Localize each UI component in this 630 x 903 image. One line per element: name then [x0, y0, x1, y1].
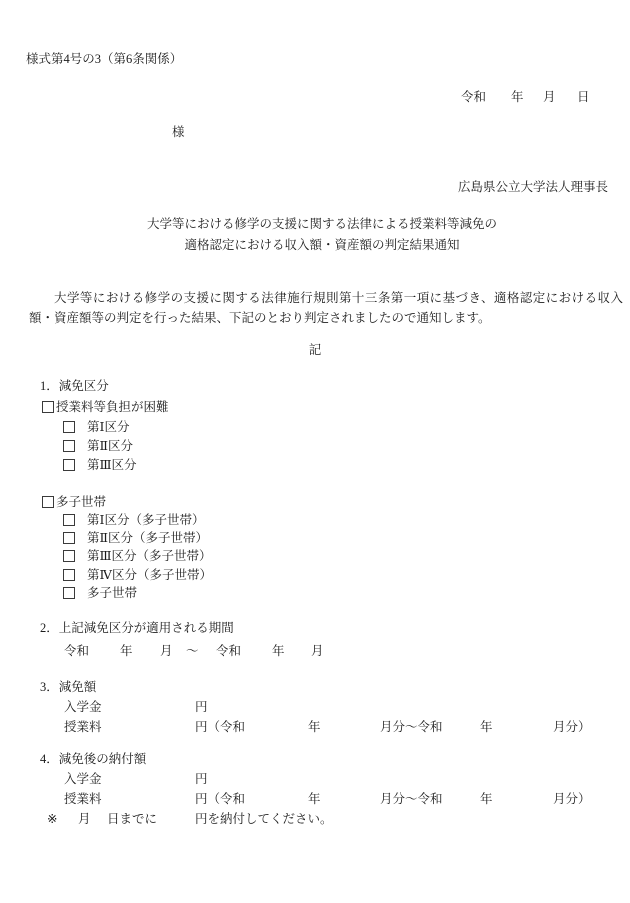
admission-label: 入学金 [64, 700, 102, 714]
tuition-month-range: 月分～令和 [380, 720, 443, 734]
note-month-label: 月 [78, 812, 91, 826]
form-number-line: 様式第4号の3（第6条関係） [0, 52, 630, 68]
checkbox-item-bracket3: 第Ⅲ区分 [0, 458, 630, 474]
checkbox-icon[interactable] [42, 401, 54, 413]
issuer-name: 広島県公立大学法人理事長 [458, 180, 608, 194]
issue-date-era: 令和 [461, 90, 486, 104]
note-day-by-label: 日までに [107, 812, 157, 826]
group-label: 多子世帯 [56, 495, 106, 509]
checkbox-item-bracket1: 第Ⅰ区分 [0, 420, 630, 436]
checkbox-item-multichild3: 第Ⅲ区分（多子世帯） [0, 549, 630, 565]
tuition-month-close: 月分） [553, 792, 591, 806]
tuition-year2: 年 [480, 720, 493, 734]
period-year2: 年 [272, 644, 285, 658]
tuition-label: 授業料 [64, 720, 102, 734]
tuition-year1: 年 [308, 792, 321, 806]
tuition-unit-era: 円（令和 [195, 792, 245, 806]
period-era2: 令和 [216, 644, 241, 658]
payment-note-row: ※ 月 日までに 円を納付してください。 [0, 812, 630, 828]
checkbox-item-label: 第Ⅲ区分 [87, 458, 137, 472]
checkbox-group-multichild: 多子世帯 [0, 495, 630, 511]
section4-heading-line: 4．減免後の納付額 [0, 752, 630, 768]
note-asterisk-mark: ※ [47, 812, 57, 826]
checkbox-icon[interactable] [63, 514, 75, 526]
checkbox-item-label: 第Ⅰ区分（多子世帯） [87, 513, 204, 527]
checkbox-item-multichild4: 第Ⅳ区分（多子世帯） [0, 568, 630, 584]
checkbox-icon[interactable] [42, 496, 54, 508]
section3-heading-line: 3．減免額 [0, 680, 630, 696]
section2-heading: 2．上記減免区分が適用される期間 [40, 621, 234, 635]
section4-heading: 4．減免後の納付額 [40, 752, 146, 766]
checkbox-icon[interactable] [63, 550, 75, 562]
tuition-year2: 年 [480, 792, 493, 806]
notice-document: 様式第4号の3（第6条関係） 令和 年 月 日 様 広島県公立大学法人理事長 大… [0, 0, 630, 903]
section4-admission-row: 入学金 円 [0, 772, 630, 788]
checkbox-icon[interactable] [63, 459, 75, 471]
record-marker: 記 [0, 343, 630, 359]
tuition-month-close: 月分） [553, 720, 591, 734]
checkbox-item-label: 第Ⅰ区分 [87, 420, 129, 434]
period-era1: 令和 [64, 644, 89, 658]
body-paragraph: 大学等における修学の支援に関する法律施行規則第十三条第一項に基づき、適格認定にお… [29, 288, 623, 328]
issue-date-day-label: 日 [577, 90, 590, 104]
checkbox-icon[interactable] [63, 587, 75, 599]
checkbox-item-label: 第Ⅲ区分（多子世帯） [87, 549, 212, 563]
period-month2: 月 [311, 644, 324, 658]
checkbox-item-multichild1: 第Ⅰ区分（多子世帯） [0, 513, 630, 529]
checkbox-icon[interactable] [63, 440, 75, 452]
section3-heading: 3．減免額 [40, 680, 96, 694]
tuition-unit-era: 円（令和 [195, 720, 245, 734]
checkbox-icon[interactable] [63, 421, 75, 433]
tuition-month-range: 月分～令和 [380, 792, 443, 806]
section2-heading-line: 2．上記減免区分が適用される期間 [0, 621, 630, 637]
period-year1: 年 [120, 644, 133, 658]
period-tilde: ～ [186, 644, 199, 658]
checkbox-icon[interactable] [63, 569, 75, 581]
addressee-honorific: 様 [172, 125, 185, 139]
checkbox-icon[interactable] [63, 532, 75, 544]
note-pay-text: 円を納付してください。 [195, 812, 333, 826]
notice-title-line1: 大学等における修学の支援に関する法律による授業料等減免の [14, 217, 630, 233]
form-number: 様式第4号の3（第6条関係） [26, 52, 182, 66]
section4-tuition-row: 授業料 円（令和 年 月分～令和 年 月分） [0, 792, 630, 808]
checkbox-item-label: 多子世帯 [87, 586, 137, 600]
issue-date-line: 令和 年 月 日 [0, 90, 630, 106]
notice-title-line2: 適格認定における収入額・資産額の判定結果通知 [14, 238, 630, 254]
group-label: 授業料等負担が困難 [56, 400, 169, 414]
checkbox-item-multichild5: 多子世帯 [0, 586, 630, 602]
admission-unit: 円 [195, 700, 208, 714]
checkbox-item-bracket2: 第Ⅱ区分 [0, 439, 630, 455]
section3-tuition-row: 授業料 円（令和 年 月分～令和 年 月分） [0, 720, 630, 736]
checkbox-group-tuition-burden: 授業料等負担が困難 [0, 400, 630, 416]
section1-heading: 1．減免区分 [40, 379, 109, 393]
section3-admission-row: 入学金 円 [0, 700, 630, 716]
checkbox-item-multichild2: 第Ⅱ区分（多子世帯） [0, 531, 630, 547]
section1-heading-line: 1．減免区分 [0, 379, 630, 395]
period-line: 令和 年 月 ～ 令和 年 月 [0, 644, 630, 660]
checkbox-item-label: 第Ⅱ区分（多子世帯） [87, 531, 208, 545]
checkbox-item-label: 第Ⅱ区分 [87, 439, 133, 453]
issue-date-month-label: 月 [543, 90, 556, 104]
admission-unit: 円 [195, 772, 208, 786]
checkbox-item-label: 第Ⅳ区分（多子世帯） [87, 568, 212, 582]
addressee-line: 様 [0, 125, 630, 141]
tuition-label: 授業料 [64, 792, 102, 806]
issue-date-year-label: 年 [511, 90, 524, 104]
period-month1: 月 [160, 644, 173, 658]
tuition-year1: 年 [308, 720, 321, 734]
issuer-line: 広島県公立大学法人理事長 [0, 180, 630, 196]
admission-label: 入学金 [64, 772, 102, 786]
